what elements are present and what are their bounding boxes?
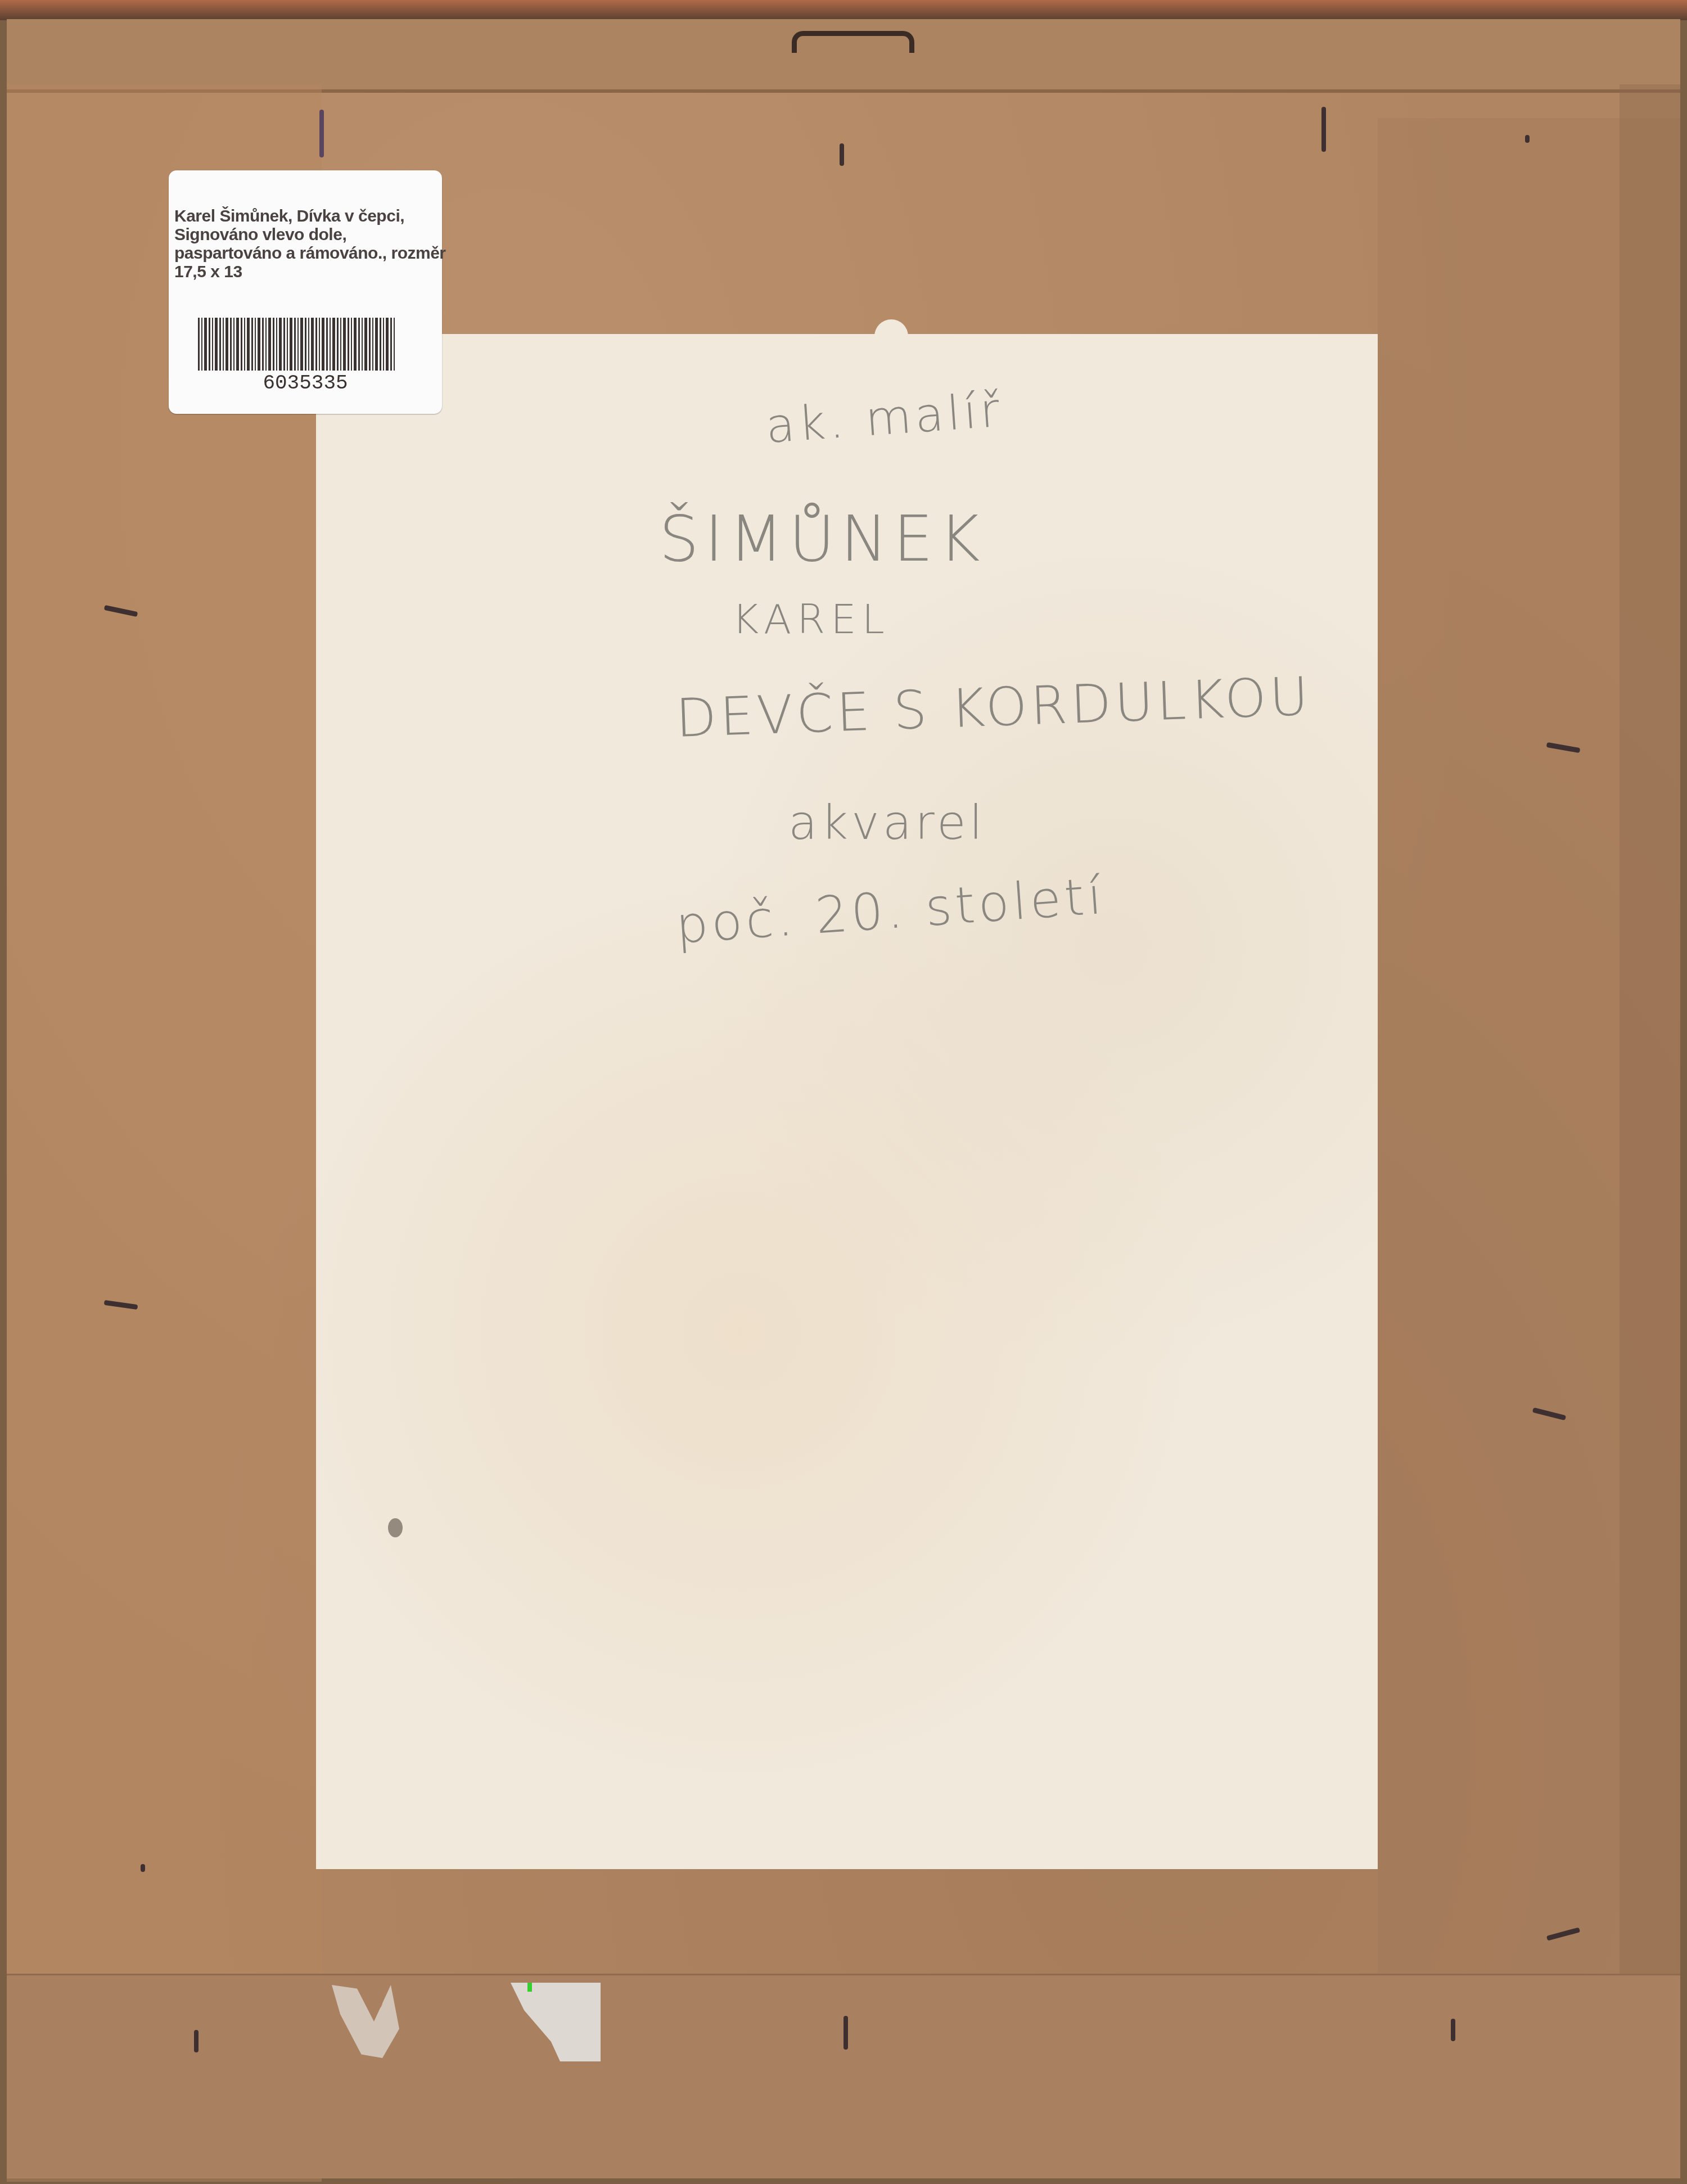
tape-strip-bottom bbox=[7, 1974, 1680, 2178]
artwork-paper: ak. malíř ŠIMŮNEK KAREL DEVČE S KORDULKO… bbox=[316, 334, 1378, 1869]
nail-icon bbox=[319, 110, 324, 157]
smudge-mark bbox=[388, 1518, 403, 1537]
label-line: paspartováno a rámováno., rozměr bbox=[174, 244, 439, 263]
barcode-number: 6035335 bbox=[169, 372, 442, 395]
handwritten-line-4: DEVČE S KORDULKOU bbox=[675, 666, 1312, 750]
handwritten-line-1: ak. malíř bbox=[764, 382, 1005, 454]
label-line: 17,5 x 13 bbox=[174, 263, 439, 281]
nail-icon bbox=[1525, 135, 1530, 143]
nail-icon bbox=[1321, 107, 1326, 152]
nail-icon bbox=[843, 2016, 848, 2050]
handwritten-line-2: ŠIMŮNEK bbox=[659, 503, 986, 576]
tape-strip-right-outer bbox=[1620, 84, 1680, 2176]
label-description: Karel Šimůnek, Dívka v čepci, Signováno … bbox=[174, 207, 439, 281]
handwritten-line-6: poč. 20. století bbox=[674, 867, 1107, 955]
label-line: Karel Šimůnek, Dívka v čepci, bbox=[174, 207, 439, 225]
handwritten-line-3: KAREL bbox=[732, 595, 890, 643]
nail-icon bbox=[194, 2030, 199, 2052]
frame-top-edge bbox=[0, 0, 1687, 20]
nail-icon bbox=[1451, 2019, 1455, 2041]
barcode-icon bbox=[198, 318, 396, 371]
handwritten-line-5: akvarel bbox=[788, 795, 986, 850]
label-line: Signováno vlevo dole, bbox=[174, 225, 439, 244]
nail-icon bbox=[840, 143, 844, 166]
nail-icon bbox=[141, 1864, 145, 1872]
picture-frame: ak. malíř ŠIMŮNEK KAREL DEVČE S KORDULKO… bbox=[0, 0, 1687, 2184]
tape-strip-top bbox=[7, 19, 1680, 93]
inventory-label: Karel Šimůnek, Dívka v čepci, Signováno … bbox=[169, 170, 442, 414]
hanging-wire-icon bbox=[792, 31, 914, 53]
